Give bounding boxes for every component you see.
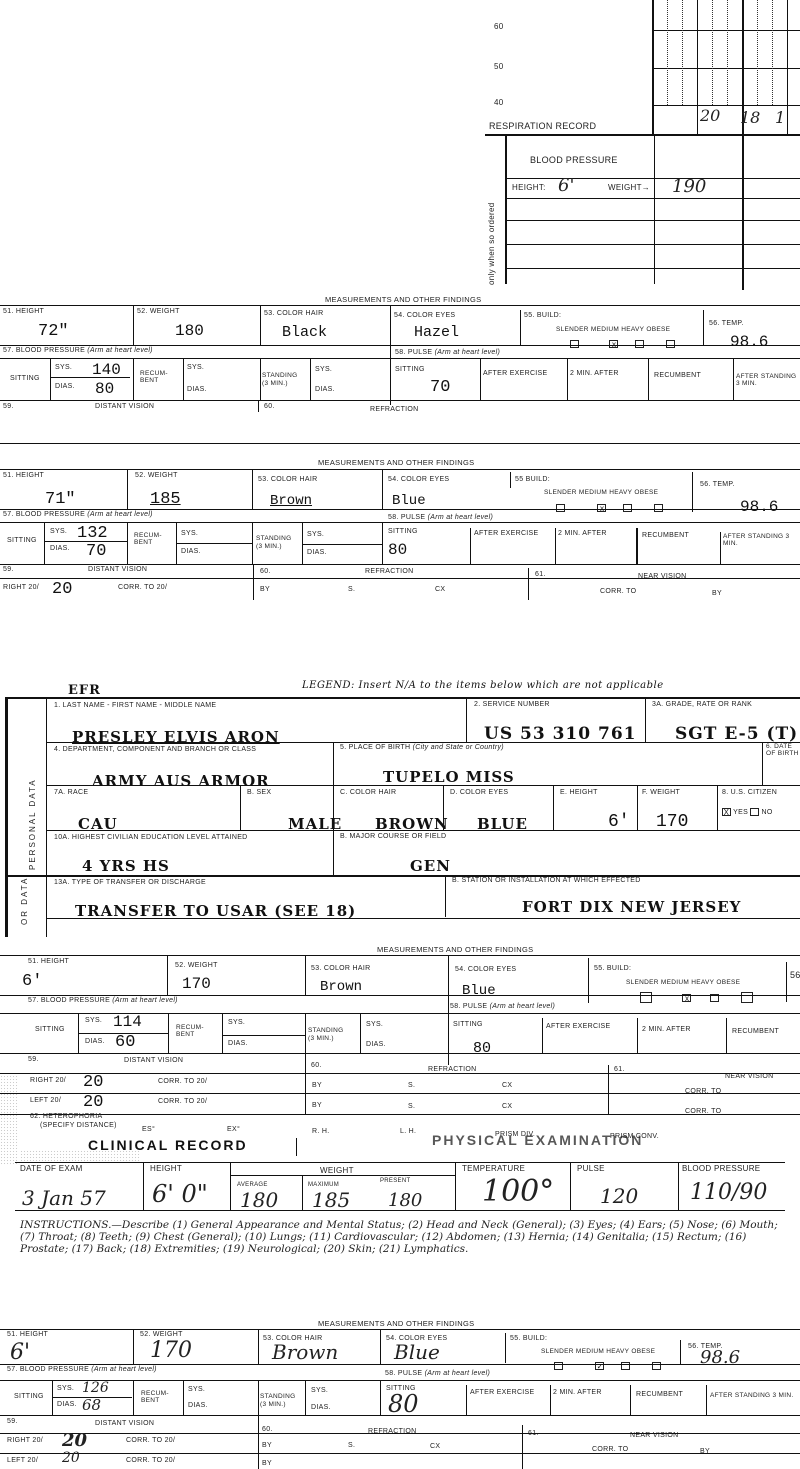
build-label: 55 BUILD: [515, 476, 550, 483]
right-value: 20 [52, 580, 72, 599]
right-value: 20 [62, 1430, 87, 1451]
by-label: BY [260, 586, 270, 593]
hair-value: Black [282, 324, 327, 341]
edu-label: 10a. HIGHEST CIVILIAN EDUCATION LEVEL AT… [54, 833, 304, 843]
section-title: MEASUREMENTS AND OTHER FINDINGS [325, 295, 481, 304]
instructions: INSTRUCTIONS.—Describe (1) General Appea… [20, 1219, 795, 1255]
pulse-label: 58. PULSE (Arm at heart level) [395, 349, 500, 356]
sys-label: SYS. [366, 1021, 383, 1028]
height-value: 6' [10, 1340, 30, 1365]
grade-value: SGT E-5 (T) [675, 724, 798, 744]
after-exercise-label: AFTER EXERCISE [483, 370, 548, 377]
dias-label: DIAS. [307, 549, 327, 556]
personal-data-side-label: PERSONAL DATA [28, 778, 37, 870]
weight-value: 170 [656, 812, 688, 832]
cx-label: CX [435, 586, 445, 593]
pulse-sitting-value: 80 [388, 541, 407, 559]
right-label: RIGHT 20/ [3, 584, 39, 591]
distant-vision-label: DISTANT VISION [95, 403, 154, 410]
respiration-value: 20 [700, 106, 720, 125]
build-options: SLENDER MEDIUM HEAVY OBESE [541, 1348, 655, 1355]
corr-to-label: CORR. TO [592, 1446, 628, 1453]
pulse-sitting-label: SITTING [395, 366, 425, 373]
dias-label: DIAS. [228, 1040, 248, 1047]
after-standing-label: AFTER STANDING 3 MIN. [736, 373, 800, 387]
checkbox-obese[interactable] [654, 504, 663, 512]
checkbox-yes[interactable]: x [722, 808, 731, 816]
max-value: 185 [312, 1188, 350, 1212]
two-min-after-label: 2 MIN. AFTER [570, 370, 619, 377]
weight-label: 52. WEIGHT [137, 308, 180, 315]
pulse-sitting-value: 70 [430, 378, 450, 397]
distant-vision-label: DISTANT VISION [95, 1420, 154, 1427]
s-label: S. [348, 586, 355, 593]
sys-label: SYS. [307, 531, 324, 538]
sys-label: SYS. [181, 530, 198, 537]
checkbox-slender[interactable] [570, 340, 579, 348]
bp-label: 57. BLOOD PRESSURE (Arm at heart level) [28, 997, 178, 1004]
checkbox-medium[interactable]: x [609, 340, 618, 348]
build-options: SLENDER MEDIUM HEAVY OBESE [626, 979, 740, 986]
respiration-value: 1 [775, 108, 785, 127]
height-value: 6' [22, 972, 42, 991]
dias-label: DIAS. [50, 545, 70, 552]
y-tick-50: 50 [494, 62, 504, 71]
checkbox-obese[interactable] [652, 1362, 661, 1370]
weight-value: 190 [672, 176, 706, 197]
two-min-after-label: 2 MIN. AFTER [558, 530, 607, 537]
dias-label: DIAS. [366, 1041, 386, 1048]
eyes-label: 54. COLOR EYES [388, 476, 449, 483]
recumbent-label: RECUM-BENT [141, 1390, 181, 1404]
avg-value: 180 [240, 1188, 278, 1212]
after-exercise-label: AFTER EXERCISE [470, 1389, 535, 1396]
pulse-sitting-value: 80 [388, 1390, 419, 1418]
checkbox-medium[interactable]: x [597, 504, 606, 512]
pulse-sitting-label: SITTING [453, 1021, 483, 1028]
s-label: S. [348, 1442, 355, 1449]
build-checkboxes: x [556, 499, 663, 517]
date-value: 3 Jan 57 [22, 1186, 106, 1210]
temperature-label: TEMPERATURE [462, 1164, 525, 1173]
left-label: LEFT 20/ [30, 1097, 61, 1104]
major-label: b. MAJOR COURSE OR FIELD [340, 833, 446, 840]
eyes-label: 54. COLOR EYES [455, 966, 516, 973]
hair-value: Brown [272, 1340, 338, 1364]
sys-label: SYS. [187, 364, 204, 371]
build-checkboxes: x [570, 335, 675, 353]
sys-label: SYS. [315, 366, 332, 373]
checkbox-heavy[interactable] [623, 504, 632, 512]
height-label: 51. HEIGHT [3, 308, 44, 315]
checkbox-slender[interactable] [554, 1362, 563, 1370]
transfer-label: 13a. TYPE OF TRANSFER OR DISCHARGE [54, 879, 206, 886]
dias-label: DIAS. [57, 1401, 77, 1408]
or-data-side-label: OR DATA [20, 877, 29, 925]
standing-note: (3 min.) [308, 1035, 334, 1042]
height-value: 71" [45, 490, 76, 509]
pulse-label: 58. PULSE (Arm at heart level) [385, 1370, 490, 1377]
sitting-label: SITTING [7, 537, 37, 544]
corr-label: CORR. TO 20/ [158, 1078, 207, 1085]
hair-label: 53. COLOR HAIR [258, 476, 317, 483]
corr-label: CORR. TO 20/ [126, 1457, 175, 1464]
dias-label: DIAS. [187, 386, 207, 393]
bp-dias-value: 70 [86, 542, 106, 561]
temp-label: 56. TEMP. [700, 481, 735, 488]
citizen-options: x YES NO [722, 808, 773, 816]
respiration-record-title: RESPIRATION RECORD [489, 121, 596, 131]
by-label: BY [262, 1460, 272, 1467]
pulse-value: 120 [600, 1184, 638, 1208]
weight-value: 170 [182, 975, 211, 993]
bp-label: 57. BLOOD PRESSURE (Arm at heart level) [3, 511, 153, 518]
scan-noise [20, 1150, 140, 1162]
distant-vision-label: DISTANT VISION [124, 1057, 183, 1064]
ex-label: EX° [227, 1126, 240, 1133]
weight-value: 185 [150, 490, 181, 509]
corr-label: CORR. TO 20/ [126, 1437, 175, 1444]
sitting-label: SITTING [35, 1026, 65, 1033]
near-num: 61. [535, 571, 546, 578]
by-label: BY [312, 1102, 322, 1109]
stamp: EFR [68, 683, 101, 698]
standing-label: STANDING [262, 372, 298, 379]
checkbox-obese[interactable] [666, 340, 675, 348]
station-value: FORT DIX NEW JERSEY [522, 898, 741, 916]
standing-note: (3 min.) [256, 543, 282, 550]
recumbent-label: RECUM-BENT [140, 370, 180, 384]
present-value: 180 [388, 1190, 422, 1211]
sys-label: SYS. [57, 1385, 74, 1392]
grade-label: 3a. GRADE, RATE OR RANK [652, 701, 752, 708]
citizen-label: 8. U.S. CITIZEN [722, 789, 777, 796]
eyes-value: Hazel [414, 324, 459, 341]
left-label: LEFT 20/ [7, 1457, 38, 1464]
vision-num: 59. [7, 1418, 18, 1425]
cx-label: CX [502, 1082, 512, 1089]
temp-value: 98.6 [730, 333, 768, 351]
refraction-num: 60. [311, 1062, 322, 1069]
checkbox-heavy[interactable] [621, 1362, 630, 1370]
cx-label: CX [430, 1443, 440, 1450]
birth-label: 5. PLACE OF BIRTH (City and State or Cou… [340, 744, 504, 751]
by-label: BY [262, 1442, 272, 1449]
service-number-value: US 53 310 761 [484, 724, 637, 744]
checkbox-slender[interactable] [556, 504, 565, 512]
refraction-num: 60. [262, 1426, 273, 1433]
build-options: SLENDER MEDIUM HEAVY OBESE [544, 489, 658, 496]
race-label: 7a. RACE [54, 789, 88, 796]
eyes-label: 54. COLOR EYES [394, 312, 455, 319]
checkbox-slender[interactable] [640, 992, 652, 1003]
weight-label: f. WEIGHT [642, 789, 680, 796]
two-min-after-label: 2 MIN. AFTER [553, 1389, 602, 1396]
dias-label: DIAS. [55, 383, 75, 390]
station-label: b. STATION OR INSTALLATION AT WHICH EFFE… [452, 877, 641, 884]
name-value: PRESLEY ELVIS ARON [72, 728, 280, 746]
standing-label: STANDING [308, 1027, 344, 1034]
rh-label: R. H. [312, 1128, 329, 1135]
height-value: 6' 0" [152, 1180, 208, 1208]
cx-label: CX [502, 1103, 512, 1110]
heterophoria-label: 62. HETEROPHORIA [30, 1113, 102, 1120]
checkbox-no[interactable] [750, 808, 759, 816]
height-label: HEIGHT [150, 1164, 182, 1173]
vision-num: 59. [3, 566, 14, 573]
s-label: S. [408, 1103, 415, 1110]
hair-value: Brown [270, 493, 312, 509]
dias-label: DIAS. [188, 1402, 208, 1409]
height-label: e. HEIGHT [560, 789, 598, 796]
pulse-recumbent-label: RECUMBENT [654, 372, 701, 379]
bp-sys-value: 126 [82, 1380, 109, 1396]
height-label: 51. HEIGHT [3, 472, 44, 479]
hair-label: 53. COLOR HAIR [264, 310, 323, 317]
dias-label: DIAS. [181, 548, 201, 555]
respiration-value: 18 [740, 108, 760, 127]
standing-label: STANDING [256, 535, 292, 542]
near-by-label: BY [712, 590, 722, 597]
dias-label: DIAS. [85, 1038, 105, 1045]
sex-label: b. SEX [247, 789, 271, 796]
pulse-recumbent-label: RECUMBENT [642, 532, 689, 539]
edu-value: 4 YRS HS [82, 857, 170, 875]
eyes-label: d. COLOR EYES [450, 789, 508, 796]
pulse-sitting-label: SITTING [388, 528, 418, 535]
checkbox-medium[interactable]: ✓ [595, 1362, 604, 1370]
recumbent-label: RECUM-BENT [134, 532, 174, 546]
birth-value: TUPELO MISS [383, 768, 515, 786]
build-checkboxes: x [640, 989, 753, 1007]
sys-label: SYS. [85, 1017, 102, 1024]
refraction-label: REFRACTION [365, 568, 414, 575]
corr-label: CORR. TO 20/ [118, 584, 167, 591]
build-label: 55. BUILD: [594, 965, 631, 972]
pulse-recumbent-label: RECUMBENT [732, 1028, 779, 1035]
vision-num: 59. [28, 1056, 39, 1063]
bp-sys-value: 114 [113, 1013, 142, 1031]
recumbent-label: RECUM-BENT [176, 1024, 216, 1038]
after-exercise-label: AFTER EXERCISE [474, 530, 539, 537]
pulse-sitting-value: 80 [473, 1040, 491, 1057]
left-value: 20 [83, 1093, 103, 1112]
pulse-label: PULSE [577, 1164, 605, 1173]
by-label: BY [312, 1082, 322, 1089]
standing-note: (3 min.) [260, 1401, 286, 1408]
weight-value: 180 [175, 322, 204, 340]
side-note: only when so ordered [487, 203, 496, 286]
dept-value: ARMY AUS ARMOR [92, 772, 270, 790]
dias-label: DIAS. [315, 386, 335, 393]
y-tick-60: 60 [494, 22, 504, 31]
after-standing-label: AFTER STANDING 3 MIN. [723, 533, 800, 547]
pulse-recumbent-label: RECUMBENT [636, 1391, 683, 1398]
refraction-label: REFRACTION [428, 1066, 477, 1073]
corr-label: CORR. TO 20/ [158, 1098, 207, 1105]
sys-label: SYS. [228, 1019, 245, 1026]
eyes-value: Blue [394, 1340, 440, 1364]
build-checkboxes: ✓ [554, 1357, 661, 1375]
weight-value: 170 [150, 1338, 192, 1363]
height-value: 6' [558, 175, 574, 196]
dept-label: 4. DEPARTMENT, COMPONENT AND BRANCH OR C… [54, 746, 256, 753]
pulse-label: 58. PULSE (Arm at heart level) [388, 514, 493, 521]
distant-vision-label: DISTANT VISION [88, 566, 147, 573]
temp-label: 56. TEMP. [709, 320, 744, 327]
refraction-label: REFRACTION [370, 406, 419, 413]
sys-label: SYS. [188, 1386, 205, 1393]
after-standing-label: AFTER STANDING 3 MIN. [710, 1392, 800, 1399]
hair-label: 53. COLOR HAIR [311, 965, 370, 972]
major-value: GEN [410, 857, 451, 875]
corr-to-label: CORR. TO [600, 588, 636, 595]
section-title: MEASUREMENTS AND OTHER FINDINGS [318, 1319, 474, 1328]
two-min-after-label: 2 MIN. AFTER [642, 1026, 691, 1033]
build-label: 55. BUILD: [510, 1335, 547, 1342]
checkbox-obese[interactable] [741, 992, 753, 1003]
eyes-value: Blue [462, 983, 496, 999]
heterophoria-note: (Specify distance) [40, 1122, 117, 1129]
eyes-value: Blue [392, 493, 426, 509]
refraction-num: 60. [264, 403, 275, 410]
hair-label: c. COLOR HAIR [340, 789, 396, 796]
sys-label: SYS. [311, 1387, 328, 1394]
bp-label: 57. BLOOD PRESSURE (Arm at heart level) [3, 347, 153, 354]
es-label: ES° [142, 1126, 155, 1133]
refraction-num: 60. [260, 568, 271, 575]
weight-label: WEIGHT [320, 1166, 354, 1175]
lh-label: L. H. [400, 1128, 416, 1135]
name-label: 1. LAST NAME - FIRST NAME - MIDDLE NAME [54, 702, 216, 709]
height-label: 51. HEIGHT [28, 958, 69, 965]
physical-examination-title: PHYSICAL EXAMINATION [432, 1132, 643, 1148]
checkbox-heavy[interactable] [635, 340, 644, 348]
build-label: 55. BUILD: [524, 312, 561, 319]
s-label: S. [408, 1082, 415, 1089]
weight-label: 52. WEIGHT [175, 962, 218, 969]
section-title: MEASUREMENTS AND OTHER FINDINGS [377, 945, 533, 954]
blood-pressure-label: BLOOD PRESSURE [682, 1164, 760, 1173]
weight-label: 52. WEIGHT [140, 1331, 183, 1338]
height-label: 51. HEIGHT [7, 1331, 48, 1338]
bp-dias-value: 60 [115, 1033, 135, 1052]
right-label: RIGHT 20/ [7, 1437, 43, 1444]
bp-label: 57. BLOOD PRESSURE (Arm at heart level) [7, 1366, 157, 1373]
present-label: PRESENT [380, 1178, 410, 1184]
legend: LEGEND: Insert N/A to the items below wh… [302, 680, 664, 691]
scan-noise [0, 1075, 18, 1165]
near-num: 61. [614, 1066, 625, 1073]
bp-dias-value: 68 [82, 1396, 101, 1414]
height-label: HEIGHT: [512, 183, 546, 192]
build-options: SLENDER MEDIUM HEAVY OBESE [556, 326, 670, 333]
weight-label: 52. WEIGHT [135, 472, 178, 479]
weight-label: WEIGHT→ [608, 183, 650, 192]
right-value: 20 [83, 1073, 103, 1092]
section-title: MEASUREMENTS AND OTHER FINDINGS [318, 458, 474, 467]
standing-label: STANDING [260, 1393, 296, 1400]
temperature-value: 100° [482, 1174, 554, 1209]
dias-label: DIAS. [311, 1404, 331, 1411]
height-value: 6' [608, 812, 630, 832]
pulse-label: 58. PULSE (Arm at heart level) [450, 1003, 555, 1010]
sitting-label: SITTING [14, 1393, 44, 1400]
blood-pressure-label: BLOOD PRESSURE [530, 155, 618, 165]
dob-label: 6. DATE OF BIRTH [766, 743, 800, 757]
y-tick-40: 40 [494, 98, 504, 107]
vision-num: 59. [3, 403, 14, 410]
temp-value: 98.6 [740, 498, 778, 516]
right-label: RIGHT 20/ [30, 1077, 66, 1084]
after-exercise-label: AFTER EXERCISE [546, 1023, 611, 1030]
left-value: 20 [62, 1450, 80, 1466]
sitting-label: SITTING [10, 375, 40, 382]
near-vision-label: NEAR VISION [725, 1073, 773, 1080]
bp-dias-value: 80 [95, 380, 114, 398]
service-number-label: 2. SERVICE NUMBER [474, 701, 550, 708]
blood-pressure-value: 110/90 [690, 1180, 767, 1205]
temp-label: 56 [790, 970, 800, 980]
height-value: 72" [38, 322, 69, 341]
hair-value: Brown [320, 979, 362, 995]
sys-label: SYS. [50, 528, 67, 535]
sys-label: SYS. [55, 364, 72, 371]
standing-note: (3 min.) [262, 380, 288, 387]
date-label: DATE OF EXAM [20, 1164, 83, 1173]
